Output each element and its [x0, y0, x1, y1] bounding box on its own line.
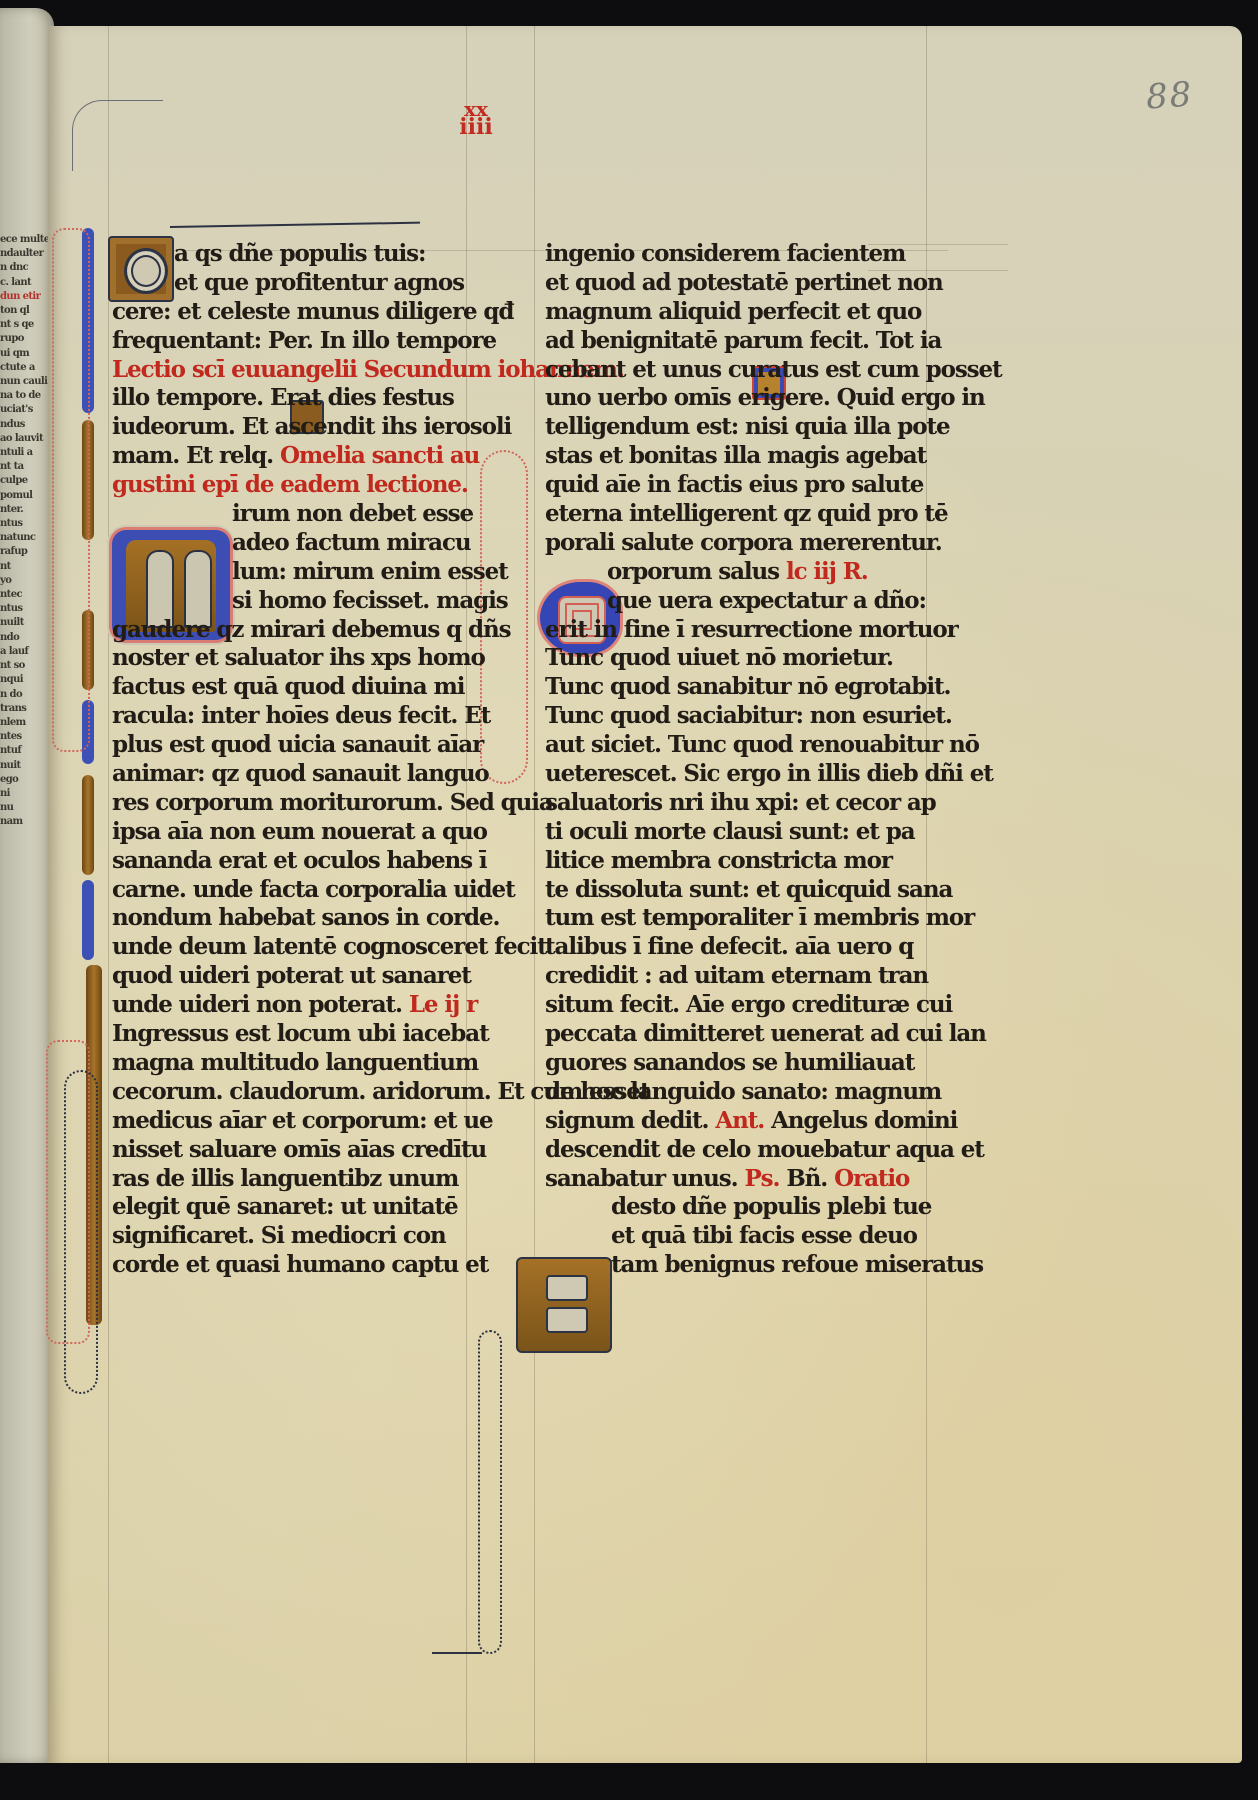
body-text: orporum salus — [607, 558, 779, 585]
rubric-text: Omelia sancti au — [273, 442, 479, 469]
body-text: que uera expectatur a dño: — [607, 587, 926, 614]
running-head: xx iiii — [446, 100, 506, 136]
manuscript-line: elegit quē sanaret: ut unitatē — [112, 1193, 464, 1222]
facing-page-line: nuilt — [0, 616, 48, 630]
body-text: Angelus domini — [764, 1107, 957, 1134]
body-text: te dissoluta sunt: et quicquid sana — [545, 876, 952, 903]
facing-page-line: nt ta — [0, 460, 48, 474]
body-text: ras de illis languentibz unum — [112, 1165, 458, 1192]
facing-page-line: nqui — [0, 673, 48, 687]
body-text: corde et quasi humano captu et — [112, 1251, 488, 1278]
manuscript-line: nisset saluare omīs aīas credītu — [112, 1136, 464, 1165]
rubric-text: Lectio scī euuangelii — [112, 356, 364, 383]
manuscript-line: unde deum latentē cognosceret fecit — [112, 933, 464, 962]
rubric-text: Le ij r — [402, 991, 477, 1018]
manuscript-line: adeo factum miracu — [112, 529, 464, 558]
manuscript-line: eterna intelligerent qz quid pro tē — [545, 500, 915, 529]
body-text: litice membra constricta mor — [545, 847, 892, 874]
facing-page-line: pomul — [0, 489, 48, 503]
facing-page-line: ntus — [0, 517, 48, 531]
manuscript-line: et que profitentur agnos — [112, 269, 464, 298]
manuscript-line: credidit : ad uitam eternam tran — [545, 962, 915, 991]
body-text: illo tempore. Erat dies festus — [112, 384, 454, 411]
body-text: quod uideri poterat ut sanaret — [112, 962, 471, 989]
facing-page-line: nuit — [0, 759, 48, 773]
body-text: aut siciet. Tunc quod renouabitur nō — [545, 731, 979, 758]
body-text: ingenio considerem facientem — [545, 240, 905, 267]
facing-page-line: culpe — [0, 474, 48, 488]
manuscript-line: unde uideri non poterat. Le ij r — [112, 991, 464, 1020]
manuscript-line: corde et quasi humano captu et — [112, 1251, 464, 1280]
facing-page-line: c. lant — [0, 276, 48, 290]
body-text: magna multitudo languentium — [112, 1049, 478, 1076]
facing-page-line: ndus — [0, 418, 48, 432]
dark-pen-flourish — [478, 1330, 502, 1654]
manuscript-line: illo tempore. Erat dies festus — [112, 384, 464, 413]
body-text: uno uerbo omīs erigere. Quid ergo in — [545, 384, 985, 411]
manuscript-line: res corporum moriturorum. Sed quia — [112, 789, 464, 818]
body-text: peccata dimitteret uenerat ad cui lan — [545, 1020, 986, 1047]
body-text: Tunc quod saciabitur: non esuriet. — [545, 702, 952, 729]
facing-page-line: ntes — [0, 730, 48, 744]
manuscript-line: guores sanandos se humiliauat — [545, 1049, 915, 1078]
body-text: lum: mirum enim esset — [232, 558, 508, 585]
body-text: et quod ad potestatē pertinet non — [545, 269, 943, 296]
manuscript-line: saluatoris nri ihu xpi: et cecor ap — [545, 789, 915, 818]
body-text: ti oculi morte clausi sunt: et pa — [545, 818, 915, 845]
body-text: desto dñe populis plebi tue — [611, 1193, 931, 1220]
body-text: porali salute corpora mererentur. — [545, 529, 942, 556]
body-text: et que profitentur agnos — [174, 269, 464, 296]
manuscript-line: medicus aīar et corporum: et ue — [112, 1107, 464, 1136]
manuscript-line: frequentant: Per. In illo tempore — [112, 327, 464, 356]
body-text: descendit de celo mouebatur aqua et — [545, 1136, 984, 1163]
body-text: gaudere qz mirari debemus q dñs — [112, 616, 510, 643]
body-text: unde uideri non poterat. — [112, 991, 402, 1018]
body-text: frequentant: Per. In illo tempore — [112, 327, 496, 354]
manuscript-line: cebant et unus curatus est cum posset — [545, 356, 915, 385]
rubric-text: gustini epī de eadem lectione. — [112, 471, 468, 498]
body-text: telligendum est: nisi quia illa pote — [545, 413, 950, 440]
running-head-line2: iiii — [446, 118, 506, 136]
body-text: tum est temporaliter ī membris mor — [545, 904, 974, 931]
rubric-text: Ps. — [738, 1165, 787, 1192]
facing-page-line: ton ql — [0, 304, 48, 318]
rubric-text: lc iij R. — [779, 558, 868, 585]
manuscript-line: erit in fine ī resurrectione mortuor — [545, 616, 915, 645]
manuscript-line: mam. Et relq. Omelia sancti au — [112, 442, 464, 471]
body-text: res corporum moriturorum. Sed quia — [112, 789, 553, 816]
manuscript-line: ad benignitatē parum fecit. Tot ia — [545, 327, 915, 356]
body-text: talibus ī fine defecit. aīa uero q — [545, 933, 913, 960]
body-text: iudeorum. Et ascendit ihs ierosoli — [112, 413, 511, 440]
body-text: ipsa aīa non eum nouerat a quo — [112, 818, 487, 845]
manuscript-line: stas et bonitas illa magis agebat — [545, 442, 915, 471]
manuscript-line: ipsa aīa non eum nouerat a quo — [112, 818, 464, 847]
text-column-right: ingenio considerem facientemet quod ad p… — [545, 240, 915, 1280]
manuscript-line: quid aīe in factis eius pro salute — [545, 471, 915, 500]
manuscript-line: situm fecit. Aīe ergo credituræ cui — [545, 991, 915, 1020]
folio-number: 88 — [1145, 74, 1195, 117]
manuscript-line: Lectio scī euuangelii Secundum iohannem. — [112, 356, 464, 385]
dark-pen-flourish — [64, 1070, 98, 1394]
facing-page-line: ndaulter — [0, 247, 48, 261]
manuscript-line: tum est temporaliter ī membris mor — [545, 904, 915, 933]
body-text: cebant et unus curatus est cum posset — [545, 356, 1002, 383]
facing-page-line: nt — [0, 560, 48, 574]
facing-page-line: natunc — [0, 531, 48, 545]
body-text: sanabatur unus. — [545, 1165, 738, 1192]
manuscript-line: Tunc quod sanabitur nō egrotabit. — [545, 673, 915, 702]
manuscript-line: descendit de celo mouebatur aqua et — [545, 1136, 915, 1165]
body-text: Tunc quod uiuet nō morietur. — [545, 644, 893, 671]
facing-page-edge: ece multendaultern dncc. lantdun etirton… — [0, 8, 54, 1763]
facing-page-line: nun cauli — [0, 375, 48, 389]
manuscript-line: Tunc quod saciabitur: non esuriet. — [545, 702, 915, 731]
manuscript-line: uno uerbo omīs erigere. Quid ergo in — [545, 384, 915, 413]
facing-page-line: nt s qe — [0, 318, 48, 332]
body-text: Ingressus est locum ubi iacebat — [112, 1020, 489, 1047]
facing-page-line: nlem — [0, 716, 48, 730]
body-text: magnum aliquid perfecit et quo — [545, 298, 921, 325]
body-text: elegit quē sanaret: ut unitatē — [112, 1193, 458, 1220]
manuscript-line: cere: et celeste munus diligere qđ — [112, 298, 464, 327]
manuscript-line: et quā tibi facis esse deuo — [545, 1222, 915, 1251]
manuscript-line: cecorum. claudorum. aridorum. Et cum ess… — [112, 1078, 464, 1107]
body-text: sananda erat et oculos habens ī — [112, 847, 487, 874]
flourish-tail — [432, 1652, 482, 1654]
body-text: significaret. Si mediocri con — [112, 1222, 446, 1249]
pen-sketch-flourish — [72, 100, 163, 171]
facing-page-line: nam — [0, 815, 48, 829]
border-bar-gold — [82, 775, 94, 875]
manuscript-line: factus est quā quod diuina mi — [112, 673, 464, 702]
facing-page-line: nter. — [0, 503, 48, 517]
manuscript-line: peccata dimitteret uenerat ad cui lan — [545, 1020, 915, 1049]
body-text: unde deum latentē cognosceret fecit — [112, 933, 547, 960]
body-text: racula: inter hoīes deus fecit. Et — [112, 702, 490, 729]
manuscript-line: magna multitudo languentium — [112, 1049, 464, 1078]
body-text: de hoc languido sanato: magnum — [545, 1078, 941, 1105]
manuscript-line: si homo fecisset. magis — [112, 587, 464, 616]
facing-page-text: ece multendaultern dncc. lantdun etirton… — [0, 233, 48, 830]
manuscript-line: signum dedit. Ant. Angelus domini — [545, 1107, 915, 1136]
facing-page-line: rafup — [0, 545, 48, 559]
rubric-text: Oratio — [827, 1165, 909, 1192]
facing-page-line: rupo — [0, 332, 48, 346]
facing-page-line: nu — [0, 801, 48, 815]
body-text: saluatoris nri ihu xpi: et cecor ap — [545, 789, 936, 816]
manuscript-line: ras de illis languentibz unum — [112, 1165, 464, 1194]
manuscript-line: Ingressus est locum ubi iacebat — [112, 1020, 464, 1049]
text-column-left: a qs dñe populis tuis:et que profitentur… — [112, 240, 464, 1280]
facing-page-line: trans — [0, 702, 48, 716]
body-text: noster et saluator ihs xps homo — [112, 644, 485, 671]
body-text: medicus aīar et corporum: et ue — [112, 1107, 492, 1134]
body-text: quid aīe in factis eius pro salute — [545, 471, 923, 498]
body-text: a qs dñe populis tuis: — [174, 240, 425, 267]
facing-page-line: yo — [0, 574, 48, 588]
body-text: cere: et celeste munus diligere qđ — [112, 298, 513, 325]
manuscript-line: iudeorum. Et ascendit ihs ierosoli — [112, 413, 464, 442]
manuscript-line: sanabatur unus. Ps. Bñ. Oratio — [545, 1165, 915, 1194]
manuscript-line: Tunc quod uiuet nō morietur. — [545, 644, 915, 673]
facing-page-line: ao lauvit — [0, 432, 48, 446]
manuscript-line: lum: mirum enim esset — [112, 558, 464, 587]
body-text: signum dedit. — [545, 1107, 708, 1134]
manuscript-line: tam benignus refoue miseratus — [545, 1251, 915, 1280]
border-bar-blue — [82, 880, 94, 960]
body-text: situm fecit. Aīe ergo credituræ cui — [545, 991, 952, 1018]
manuscript-line: de hoc languido sanato: magnum — [545, 1078, 915, 1107]
rubric-text: Ant. — [708, 1107, 764, 1134]
facing-page-line: ece multe — [0, 233, 48, 247]
facing-page-line: ui qm — [0, 347, 48, 361]
manuscript-line: telligendum est: nisi quia illa pote — [545, 413, 915, 442]
manuscript-line: quod uideri poterat ut sanaret — [112, 962, 464, 991]
body-text: eterna intelligerent qz quid pro tē — [545, 500, 947, 527]
manuscript-line: gaudere qz mirari debemus q dñs — [112, 616, 464, 645]
manuscript-line: significaret. Si mediocri con — [112, 1222, 464, 1251]
manuscript-line: orporum salus lc iij R. — [545, 558, 915, 587]
manuscript-line: desto dñe populis plebi tue — [545, 1193, 915, 1222]
body-text: nisset saluare omīs aīas credītu — [112, 1136, 486, 1163]
facing-page-line: uciat's — [0, 403, 48, 417]
manuscript-line: te dissoluta sunt: et quicquid sana — [545, 876, 915, 905]
manuscript-line: racula: inter hoīes deus fecit. Et — [112, 702, 464, 731]
body-text: stas et bonitas illa magis agebat — [545, 442, 926, 469]
body-text: carne. unde facta corporalia uidet — [112, 876, 515, 903]
body-text: irum non debet esse — [232, 500, 473, 527]
manuscript-line: ti oculi morte clausi sunt: et pa — [545, 818, 915, 847]
facing-page-line: ntuli a — [0, 446, 48, 460]
manuscript-line: porali salute corpora mererentur. — [545, 529, 915, 558]
body-text: guores sanandos se humiliauat — [545, 1049, 914, 1076]
manuscript-line: carne. unde facta corporalia uidet — [112, 876, 464, 905]
body-text: ad benignitatē parum fecit. Tot ia — [545, 327, 941, 354]
facing-page-line: n do — [0, 688, 48, 702]
body-text: Bñ. — [786, 1165, 827, 1192]
manuscript-line: animar: qz quod sanauit languo — [112, 760, 464, 789]
body-text: mam. Et relq. — [112, 442, 273, 469]
facing-page-line: ego — [0, 773, 48, 787]
manuscript-line: noster et saluator ihs xps homo — [112, 644, 464, 673]
facing-page-line: ntuf — [0, 744, 48, 758]
manuscript-line: nondum habebat sanos in corde. — [112, 904, 464, 933]
facing-page-line: ntus — [0, 602, 48, 616]
manuscript-line: litice membra constricta mor — [545, 847, 915, 876]
body-text: Tunc quod sanabitur nō egrotabit. — [545, 673, 950, 700]
manuscript-line: et quod ad potestatē pertinet non — [545, 269, 915, 298]
manuscript-line: ueterescet. Sic ergo in illis dieb dñi e… — [545, 760, 915, 789]
manuscript-line: aut siciet. Tunc quod renouabitur nō — [545, 731, 915, 760]
red-pen-flourish — [52, 228, 90, 752]
facing-page-line: ntec — [0, 588, 48, 602]
manuscript-line: talibus ī fine defecit. aīa uero q — [545, 933, 915, 962]
facing-page-line: nt so — [0, 659, 48, 673]
body-text: tam benignus refoue miseratus — [611, 1251, 983, 1278]
manuscript-line: que uera expectatur a dño: — [545, 587, 915, 616]
manuscript-line: magnum aliquid perfecit et quo — [545, 298, 915, 327]
manuscript-line: plus est quod uicia sanauit aīar — [112, 731, 464, 760]
body-text: factus est quā quod diuina mi — [112, 673, 464, 700]
manuscript-line: irum non debet esse — [112, 500, 464, 529]
facing-page-line: dun etir — [0, 290, 48, 304]
manuscript-line: gustini epī de eadem lectione. — [112, 471, 464, 500]
manuscript-line: ingenio considerem facientem — [545, 240, 915, 269]
manuscript-line: a qs dñe populis tuis: — [112, 240, 464, 269]
ruling-line — [534, 26, 535, 1763]
body-text: erit in fine ī resurrectione mortuor — [545, 616, 958, 643]
body-text: nondum habebat sanos in corde. — [112, 904, 499, 931]
body-text: si homo fecisset. magis — [232, 587, 508, 614]
body-text: credidit : ad uitam eternam tran — [545, 962, 928, 989]
body-text: plus est quod uicia sanauit aīar — [112, 731, 483, 758]
facing-page-line: ni — [0, 787, 48, 801]
facing-page-line: n dnc — [0, 261, 48, 275]
body-text: et quā tibi facis esse deuo — [611, 1222, 917, 1249]
facing-page-line: na to de — [0, 389, 48, 403]
facing-page-line: a lauf — [0, 645, 48, 659]
body-text: ueterescet. Sic ergo in illis dieb dñi e… — [545, 760, 993, 787]
body-text: adeo factum miracu — [232, 529, 470, 556]
manuscript-line: sananda erat et oculos habens ī — [112, 847, 464, 876]
body-text: animar: qz quod sanauit languo — [112, 760, 489, 787]
facing-page-line: ndo — [0, 631, 48, 645]
facing-page-line: ctute a — [0, 361, 48, 375]
